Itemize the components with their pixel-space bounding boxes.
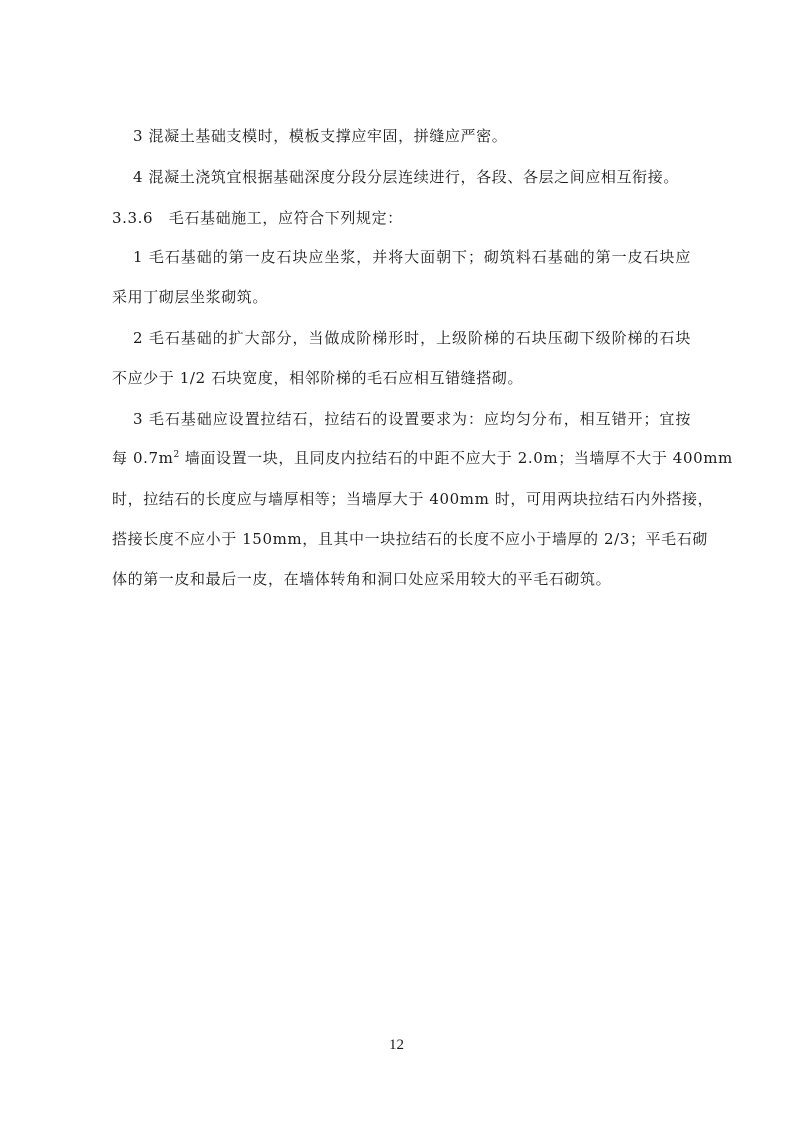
clause-3-3-6-item-1-line-1: 1 毛石基础的第一皮石块应坐浆，并将大面朝下；砌筑料石基础的第一皮石块应	[133, 247, 691, 267]
area-prefix: 每 0.7m	[112, 449, 173, 467]
area-value: 每 0.7m2	[112, 448, 180, 468]
clause-3-3-6-item-3-line-2: 每 0.7m2 墙面设置一块，且同皮内拉结石的中距不应大于 2.0m；当墙厚不大…	[112, 448, 692, 468]
clause-3-3-6-item-3-line-3: 时，拉结石的长度应与墙厚相等；当墙厚大于 400mm 时，可用两块拉结石内外搭接…	[112, 489, 692, 509]
clause-3-3-6-heading: 3.3.6 毛石基础施工，应符合下列规定：	[112, 208, 403, 228]
superscript-2: 2	[173, 450, 179, 460]
clause-3-3-6-item-3-line-5: 体的第一皮和最后一皮，在墙体转角和洞口处应采用较大的平毛石砌筑。	[112, 569, 611, 589]
page-number: 12	[0, 1037, 793, 1054]
document-page: 3 混凝土基础支模时，模板支撑应牢固，拼缝应严密。 4 混凝土浇筑宜根据基础深度…	[0, 0, 793, 1122]
clause-3-3-6-item-2-line-1: 2 毛石基础的扩大部分，当做成阶梯形时，上级阶梯的石块压砌下级阶梯的石块	[133, 328, 691, 348]
clause-3-3-6-item-3-line-4: 搭接长度不应小于 150mm，且其中一块拉结石的长度不应小于墙厚的 2/3；平毛…	[112, 529, 692, 549]
clause-3-3-6-item-2-line-2: 不应少于 1/2 石块宽度，相邻阶梯的毛石应相互错缝搭砌。	[112, 368, 523, 388]
clause-3-3-6-item-3-line-1: 3 毛石基础应设置拉结石，拉结石的设置要求为：应均匀分布，相互错开；宜按	[133, 409, 691, 429]
clause-3-3-6-item-1-line-2: 采用丁砌层坐浆砌筑。	[112, 287, 268, 307]
area-rest: 墙面设置一块，且同皮内拉结石的中距不应大于 2.0m；当墙厚不大于 400mm	[185, 448, 733, 468]
clause-3-3-5-item-3: 3 混凝土基础支模时，模板支撑应牢固，拼缝应严密。	[133, 126, 507, 146]
clause-3-3-5-item-4: 4 混凝土浇筑宜根据基础深度分段分层连续进行，各段、各层之间应相互衔接。	[133, 167, 691, 187]
